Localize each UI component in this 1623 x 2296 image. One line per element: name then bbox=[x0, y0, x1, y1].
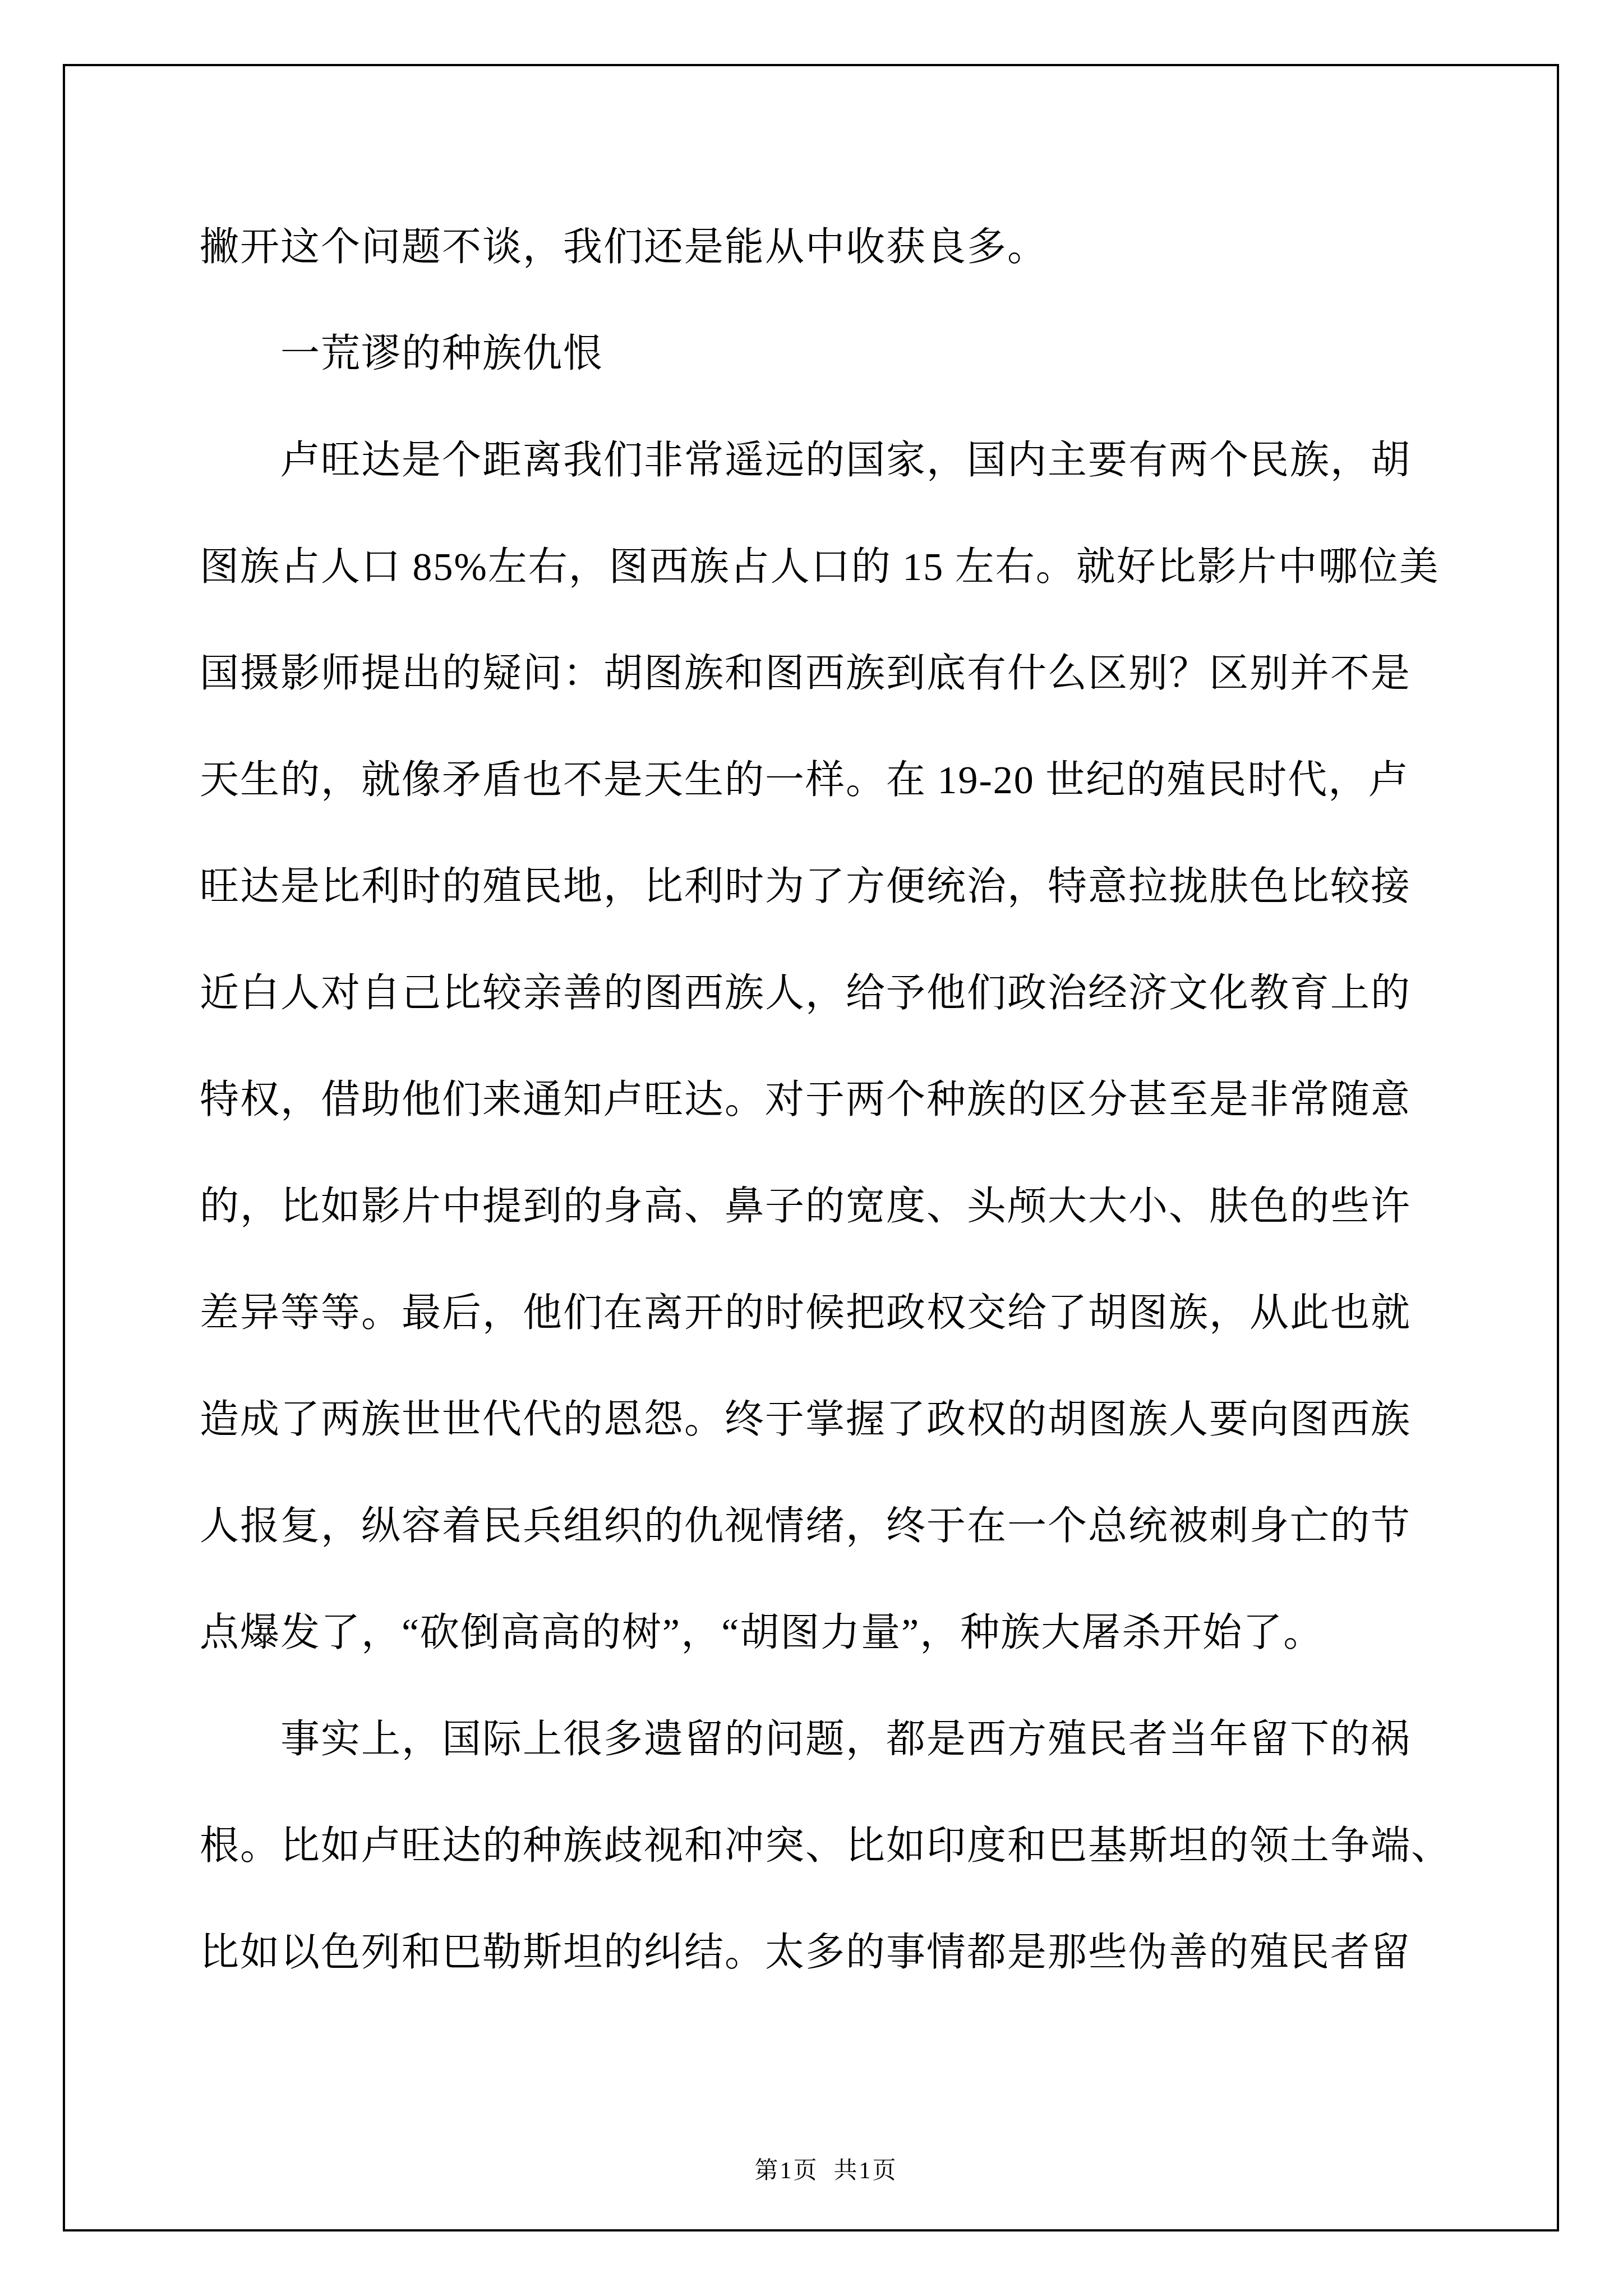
body-line: 根。比如卢旺达的种族歧视和冲突、比如印度和巴基斯坦的领土争端、 bbox=[200, 1793, 1456, 1900]
body-line: 造成了两族世世代代的恩怨。终于掌握了政权的胡图族人要向图西族 bbox=[200, 1367, 1456, 1474]
body-line: 近白人对自己比较亲善的图西族人，给予他们政治经济文化教育上的 bbox=[200, 941, 1456, 1047]
document-body: 撇开这个问题不谈，我们还是能从中收获良多。一荒谬的种族仇恨卢旺达是个距离我们非常… bbox=[200, 195, 1456, 2007]
body-line: 国摄影师提出的疑问：胡图族和图西族到底有什么区别？区别并不是 bbox=[200, 621, 1456, 728]
body-line: 点爆发了，“砍倒高高的树”，“胡图力量”，种族大屠杀开始了。 bbox=[200, 1580, 1456, 1687]
page-footer: 第1页 共1页 bbox=[63, 2120, 1559, 2221]
body-line: 卢旺达是个距离我们非常遥远的国家，国内主要有两个民族，胡 bbox=[200, 408, 1456, 514]
body-line: 事实上，国际上很多遗留的问题，都是西方殖民者当年留下的祸 bbox=[200, 1687, 1456, 1793]
body-line: 人报复，纵容着民兵组织的仇视情绪，终于在一个总统被刺身亡的节 bbox=[200, 1474, 1456, 1580]
document-page: 撇开这个问题不谈，我们还是能从中收获良多。一荒谬的种族仇恨卢旺达是个距离我们非常… bbox=[0, 0, 1623, 2296]
page-number-text: 第1页 共1页 bbox=[754, 2158, 897, 2184]
body-line: 撇开这个问题不谈，我们还是能从中收获良多。 bbox=[200, 195, 1456, 301]
body-line: 差异等等。最后，他们在离开的时候把政权交给了胡图族，从此也就 bbox=[200, 1260, 1456, 1367]
body-line: 图族占人口 85%左右，图西族占人口的 15 左右。就好比影片中哪位美 bbox=[200, 514, 1456, 621]
body-line: 天生的，就像矛盾也不是天生的一样。在 19-20 世纪的殖民时代，卢 bbox=[200, 728, 1456, 834]
body-line: 的，比如影片中提到的身高、鼻子的宽度、头颅大大小、肤色的些许 bbox=[200, 1154, 1456, 1260]
body-line: 旺达是比利时的殖民地，比利时为了方便统治，特意拉拢肤色比较接 bbox=[200, 834, 1456, 941]
body-line: 比如以色列和巴勒斯坦的纠结。太多的事情都是那些伪善的殖民者留 bbox=[200, 1900, 1456, 2007]
body-line: 一荒谬的种族仇恨 bbox=[200, 301, 1456, 408]
body-line: 特权，借助他们来通知卢旺达。对于两个种族的区分甚至是非常随意 bbox=[200, 1047, 1456, 1154]
